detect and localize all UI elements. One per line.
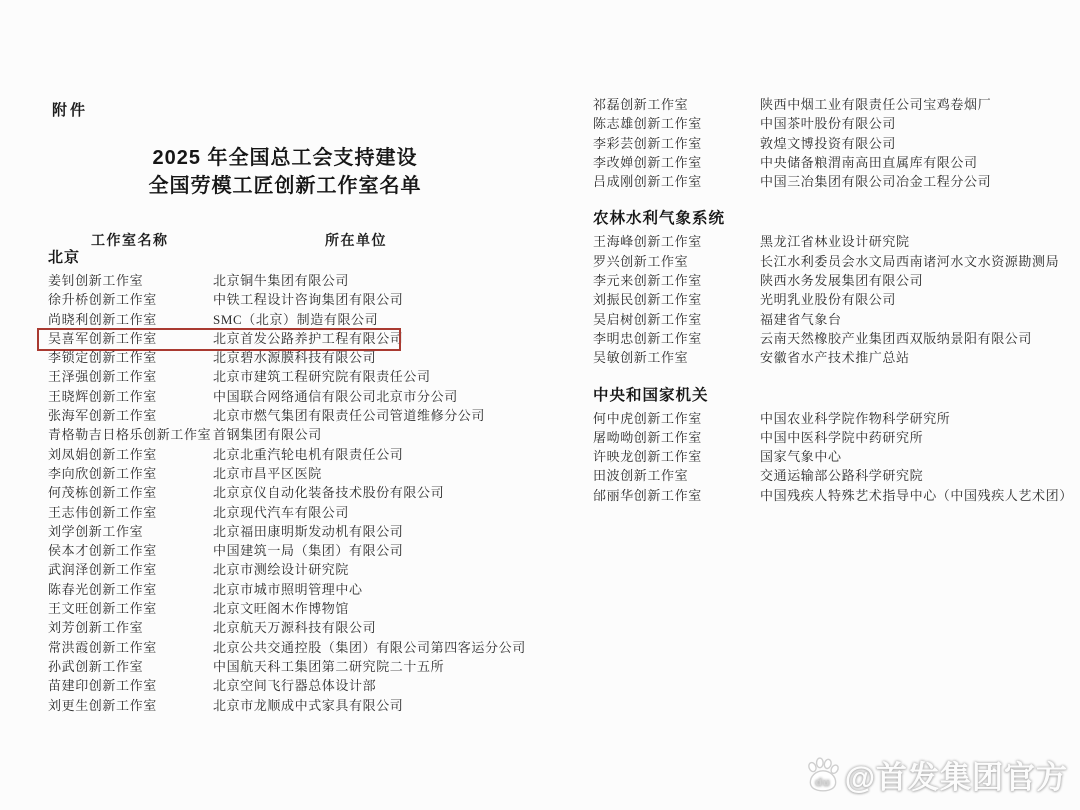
studio-name: 屠呦呦创新工作室 — [593, 428, 760, 447]
column-header-studio: 工作室名称 — [91, 230, 169, 250]
unit-name: 北京市测绘设计研究院 — [213, 560, 349, 579]
studio-name: 吴敏创新工作室 — [593, 348, 760, 367]
table-row: 李彩芸创新工作室敦煌文博投资有限公司 — [593, 134, 1073, 153]
table-row: 王志伟创新工作室北京现代汽车有限公司 — [48, 503, 526, 522]
unit-name: 陕西中烟工业有限责任公司宝鸡卷烟厂 — [760, 95, 991, 114]
unit-name: 中国茶叶股份有限公司 — [760, 114, 896, 133]
unit-name: 北京空间飞行器总体设计部 — [213, 676, 376, 695]
table-row: 王泽强创新工作室北京市建筑工程研究院有限责任公司 — [48, 367, 526, 386]
studio-name: 陈春光创新工作室 — [48, 580, 213, 599]
studio-name: 王文旺创新工作室 — [48, 599, 213, 618]
studio-name: 尚晓利创新工作室 — [48, 310, 213, 329]
column-header-unit: 所在单位 — [325, 230, 387, 250]
unit-name: 北京北重汽轮电机有限责任公司 — [213, 445, 403, 464]
document-title: 2025 年全国总工会支持建设 全国劳模工匠创新工作室名单 — [95, 144, 475, 200]
studio-name: 王志伟创新工作室 — [48, 503, 213, 522]
unit-name: 福建省气象台 — [760, 310, 842, 329]
table-row: 祁磊创新工作室陕西中烟工业有限责任公司宝鸡卷烟厂 — [593, 95, 1073, 114]
studio-name: 李明忠创新工作室 — [593, 329, 760, 348]
table-row: 尚晓利创新工作室SMC（北京）制造有限公司 — [48, 310, 526, 329]
table-row: 吴启树创新工作室福建省气象台 — [593, 310, 1073, 329]
document-title-line1: 2025 年全国总工会支持建设 — [95, 144, 475, 172]
table-row: 常洪霞创新工作室北京公共交通控股（集团）有限公司第四客运分公司 — [48, 638, 526, 657]
studio-name: 吕成刚创新工作室 — [593, 172, 760, 191]
studio-name: 刘芳创新工作室 — [48, 618, 213, 637]
studio-name: 王晓辉创新工作室 — [48, 387, 213, 406]
unit-name: 中国农业科学院作物科学研究所 — [760, 409, 950, 428]
unit-name: 北京市建筑工程研究院有限责任公司 — [213, 367, 431, 386]
unit-name: 陕西水务发展集团有限公司 — [760, 271, 923, 290]
studio-name: 侯本才创新工作室 — [48, 541, 213, 560]
studio-name: 刘学创新工作室 — [48, 522, 213, 541]
studio-name: 苗建印创新工作室 — [48, 676, 213, 695]
table-row: 李元来创新工作室陕西水务发展集团有限公司 — [593, 271, 1073, 290]
unit-name: SMC（北京）制造有限公司 — [213, 310, 378, 329]
unit-name: 首钢集团有限公司 — [213, 425, 322, 444]
studio-name: 武润泽创新工作室 — [48, 560, 213, 579]
table-row: 李锁定创新工作室北京碧水源膜科技有限公司 — [48, 348, 526, 367]
table-row: 吴敏创新工作室安徽省水产技术推广总站 — [593, 348, 1073, 367]
table-row: 武润泽创新工作室北京市测绘设计研究院 — [48, 560, 526, 579]
studio-name: 田波创新工作室 — [593, 466, 760, 485]
studio-name: 吴喜军创新工作室 — [48, 329, 213, 348]
studio-name: 祁磊创新工作室 — [593, 95, 760, 114]
table-row: 何茂栋创新工作室北京京仪自动化装备技术股份有限公司 — [48, 483, 526, 502]
unit-name: 北京市城市照明管理中心 — [213, 580, 363, 599]
studio-name: 王泽强创新工作室 — [48, 367, 213, 386]
studio-name: 许映龙创新工作室 — [593, 447, 760, 466]
table-row: 侯本才创新工作室中国建筑一局（集团）有限公司 — [48, 541, 526, 560]
unit-name: 中国残疾人特殊艺术指导中心（中国残疾人艺术团） — [760, 486, 1073, 505]
unit-name: 敦煌文博投资有限公司 — [760, 134, 896, 153]
unit-name: 北京市龙顺成中式家具有限公司 — [213, 696, 403, 715]
unit-name: 中国建筑一局（集团）有限公司 — [213, 541, 403, 560]
table-row: 王晓辉创新工作室中国联合网络通信有限公司北京市分公司 — [48, 387, 526, 406]
baidu-paw-icon: du — [804, 756, 842, 794]
studio-name: 刘凤娟创新工作室 — [48, 445, 213, 464]
unit-name: 北京文旺阁木作博物馆 — [213, 599, 349, 618]
table-row: 李改婵创新工作室中央储备粮渭南高田直属库有限公司 — [593, 153, 1073, 172]
table-row: 李向欣创新工作室北京市昌平区医院 — [48, 464, 526, 483]
studio-name: 吴启树创新工作室 — [593, 310, 760, 329]
unit-name: 北京福田康明斯发动机有限公司 — [213, 522, 403, 541]
studio-name: 邰丽华创新工作室 — [593, 486, 760, 505]
unit-name: 中铁工程设计咨询集团有限公司 — [213, 290, 403, 309]
studio-name: 李彩芸创新工作室 — [593, 134, 760, 153]
unit-name: 北京市燃气集团有限责任公司管道维修分公司 — [213, 406, 485, 425]
left-column: 北京 姜钊创新工作室北京铜牛集团有限公司徐升桥创新工作室中铁工程设计咨询集团有限… — [48, 249, 526, 715]
table-row: 苗建印创新工作室北京空间飞行器总体设计部 — [48, 676, 526, 695]
unit-name: 北京碧水源膜科技有限公司 — [213, 348, 376, 367]
table-row: 孙武创新工作室中国航天科工集团第二研究院二十五所 — [48, 657, 526, 676]
unit-name: 中国中医科学院中药研究所 — [760, 428, 923, 447]
unit-name: 北京首发公路养护工程有限公司 — [213, 329, 403, 348]
table-row: 陈志雄创新工作室中国茶叶股份有限公司 — [593, 114, 1073, 133]
studio-name: 常洪霞创新工作室 — [48, 638, 213, 657]
table-row: 屠呦呦创新工作室中国中医科学院中药研究所 — [593, 428, 1073, 447]
table-row: 刘芳创新工作室北京航天万源科技有限公司 — [48, 618, 526, 637]
unit-name: 光明乳业股份有限公司 — [760, 290, 896, 309]
watermark: du @首发集团官方 — [804, 752, 1068, 797]
unit-name: 国家气象中心 — [760, 447, 842, 466]
section-header: 农林水利气象系统 — [593, 210, 1073, 227]
right-column: 祁磊创新工作室陕西中烟工业有限责任公司宝鸡卷烟厂陈志雄创新工作室中国茶叶股份有限… — [593, 95, 1073, 505]
unit-name: 北京现代汽车有限公司 — [213, 503, 349, 522]
unit-name: 安徽省水产技术推广总站 — [760, 348, 910, 367]
table-row: 李明忠创新工作室云南天然橡胶产业集团西双版纳景阳有限公司 — [593, 329, 1073, 348]
unit-name: 北京市昌平区医院 — [213, 464, 322, 483]
studio-name: 刘振民创新工作室 — [593, 290, 760, 309]
table-row: 吕成刚创新工作室中国三冶集团有限公司冶金工程分公司 — [593, 172, 1073, 191]
unit-name: 长江水利委员会水文局西南诸河水文水资源勘测局 — [760, 252, 1059, 271]
table-row: 王海峰创新工作室黑龙江省林业设计研究院 — [593, 232, 1073, 251]
studio-name: 李改婵创新工作室 — [593, 153, 760, 172]
unit-name: 北京公共交通控股（集团）有限公司第四客运分公司 — [213, 638, 526, 657]
studio-name: 何茂栋创新工作室 — [48, 483, 213, 502]
table-column-headers: 工作室名称 所在单位 — [0, 230, 540, 248]
section-rows-container: 祁磊创新工作室陕西中烟工业有限责任公司宝鸡卷烟厂陈志雄创新工作室中国茶叶股份有限… — [593, 95, 1073, 191]
unit-name: 中央储备粮渭南高田直属库有限公司 — [760, 153, 978, 172]
table-row-highlighted: 吴喜军创新工作室北京首发公路养护工程有限公司 — [48, 329, 526, 348]
studio-name: 李向欣创新工作室 — [48, 464, 213, 483]
section-header-beijing: 北京 — [48, 249, 526, 266]
studio-name: 孙武创新工作室 — [48, 657, 213, 676]
table-row: 罗兴创新工作室长江水利委员会水文局西南诸河水文水资源勘测局 — [593, 252, 1073, 271]
studio-name: 何中虎创新工作室 — [593, 409, 760, 428]
studio-name: 张海军创新工作室 — [48, 406, 213, 425]
unit-name: 云南天然橡胶产业集团西双版纳景阳有限公司 — [760, 329, 1032, 348]
studio-name: 王海峰创新工作室 — [593, 232, 760, 251]
table-row: 刘更生创新工作室北京市龙顺成中式家具有限公司 — [48, 696, 526, 715]
table-row: 刘振民创新工作室光明乳业股份有限公司 — [593, 290, 1073, 309]
table-row: 陈春光创新工作室北京市城市照明管理中心 — [48, 580, 526, 599]
left-rows-container: 姜钊创新工作室北京铜牛集团有限公司徐升桥创新工作室中铁工程设计咨询集团有限公司尚… — [48, 271, 526, 715]
studio-name: 刘更生创新工作室 — [48, 696, 213, 715]
table-row: 刘学创新工作室北京福田康明斯发动机有限公司 — [48, 522, 526, 541]
section-rows-container: 王海峰创新工作室黑龙江省林业设计研究院罗兴创新工作室长江水利委员会水文局西南诸河… — [593, 232, 1073, 367]
studio-name: 陈志雄创新工作室 — [593, 114, 760, 133]
table-row: 许映龙创新工作室国家气象中心 — [593, 447, 1073, 466]
unit-name: 中国航天科工集团第二研究院二十五所 — [213, 657, 444, 676]
unit-name: 中国三冶集团有限公司冶金工程分公司 — [760, 172, 991, 191]
studio-name: 姜钊创新工作室 — [48, 271, 213, 290]
document-page: 附件 2025 年全国总工会支持建设 全国劳模工匠创新工作室名单 工作室名称 所… — [0, 0, 1080, 810]
unit-name: 北京京仪自动化装备技术股份有限公司 — [213, 483, 444, 502]
unit-name: 黑龙江省林业设计研究院 — [760, 232, 910, 251]
table-row: 田波创新工作室交通运输部公路科学研究院 — [593, 466, 1073, 485]
studio-name: 李锁定创新工作室 — [48, 348, 213, 367]
unit-name: 北京航天万源科技有限公司 — [213, 618, 376, 637]
studio-name: 罗兴创新工作室 — [593, 252, 760, 271]
table-row: 王文旺创新工作室北京文旺阁木作博物馆 — [48, 599, 526, 618]
table-row: 张海军创新工作室北京市燃气集团有限责任公司管道维修分公司 — [48, 406, 526, 425]
table-row: 徐升桥创新工作室中铁工程设计咨询集团有限公司 — [48, 290, 526, 309]
table-row: 姜钊创新工作室北京铜牛集团有限公司 — [48, 271, 526, 290]
section-rows-container: 何中虎创新工作室中国农业科学院作物科学研究所屠呦呦创新工作室中国中医科学院中药研… — [593, 409, 1073, 505]
studio-name: 青格勒吉日格乐创新工作室 — [48, 425, 213, 444]
unit-name: 交通运输部公路科学研究院 — [760, 466, 923, 485]
table-row: 刘凤娟创新工作室北京北重汽轮电机有限责任公司 — [48, 445, 526, 464]
paw-label: du — [815, 776, 830, 788]
studio-name: 李元来创新工作室 — [593, 271, 760, 290]
unit-name: 北京铜牛集团有限公司 — [213, 271, 349, 290]
table-row: 何中虎创新工作室中国农业科学院作物科学研究所 — [593, 409, 1073, 428]
watermark-text: @首发集团官方 — [845, 752, 1068, 797]
document-title-line2: 全国劳模工匠创新工作室名单 — [95, 172, 475, 200]
attachment-label: 附件 — [52, 99, 88, 120]
table-row: 邰丽华创新工作室中国残疾人特殊艺术指导中心（中国残疾人艺术团） — [593, 486, 1073, 505]
unit-name: 中国联合网络通信有限公司北京市分公司 — [213, 387, 458, 406]
section-header: 中央和国家机关 — [593, 387, 1073, 404]
studio-name: 徐升桥创新工作室 — [48, 290, 213, 309]
table-row: 青格勒吉日格乐创新工作室首钢集团有限公司 — [48, 425, 526, 444]
